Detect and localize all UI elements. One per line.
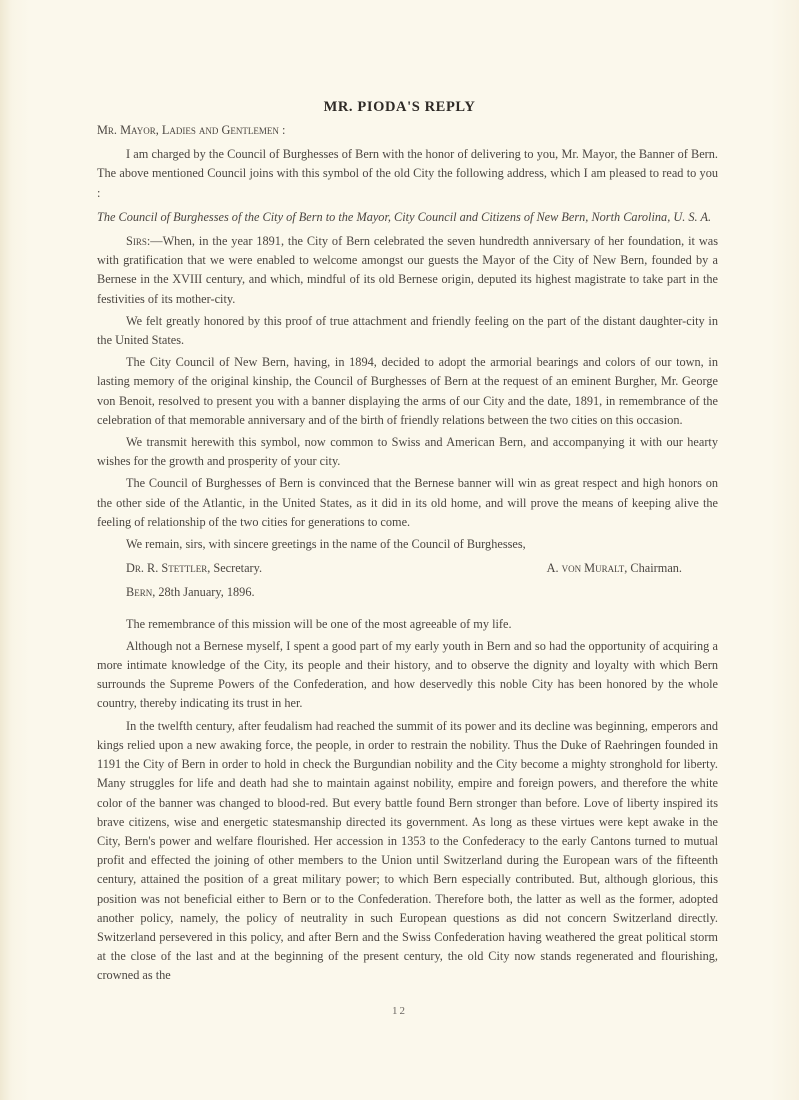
letter-closing: We remain, sirs, with sincere greetings … xyxy=(97,535,718,554)
letter-dateline: Bern, 28th January, 1896. xyxy=(97,583,718,602)
letter-paragraph: We transmit herewith this symbol, now co… xyxy=(97,433,718,471)
speech-paragraph: Although not a Bernese myself, I spent a… xyxy=(97,637,718,714)
place: Bern xyxy=(126,585,152,599)
page-title: MR. PIODA'S REPLY xyxy=(0,99,799,116)
signatures: Dr. R. Stettler, Secretary. A. von Mural… xyxy=(97,559,718,578)
page-number: 12 xyxy=(0,1005,799,1017)
secretary-name: Dr. R. Stettler xyxy=(126,561,207,575)
body-column: Mr. Mayor, Ladies and Gentlemen : I am c… xyxy=(97,121,718,986)
letter-paragraph: The Council of Burghesses of Bern is con… xyxy=(97,474,718,532)
speech-paragraph: The remembrance of this mission will be … xyxy=(97,615,718,634)
letter-paragraph: We felt greatly honored by this proof of… xyxy=(97,312,718,350)
letter-paragraph-text: :—When, in the year 1891, the City of Be… xyxy=(97,234,718,306)
address-heading: The Council of Burghesses of the City of… xyxy=(97,208,718,227)
sirs-label: Sirs xyxy=(126,234,147,248)
chairman-signature: A. von Muralt, Chairman. xyxy=(547,559,682,578)
chairman-name: A. von Muralt xyxy=(547,561,625,575)
chairman-role: , Chairman. xyxy=(624,561,682,575)
salutation: Mr. Mayor, Ladies and Gentlemen : xyxy=(97,121,718,140)
document-page: MR. PIODA'S REPLY Mr. Mayor, Ladies and … xyxy=(0,0,799,1100)
intro-paragraph: I am charged by the Council of Burghesse… xyxy=(97,145,718,203)
date: , 28th January, 1896. xyxy=(152,585,254,599)
letter-paragraph: Sirs:—When, in the year 1891, the City o… xyxy=(97,232,718,309)
secretary-role: , Secretary. xyxy=(207,561,262,575)
speech-paragraph: In the twelfth century, after feudalism … xyxy=(97,717,718,986)
letter-paragraph: The City Council of New Bern, having, in… xyxy=(97,353,718,430)
secretary-signature: Dr. R. Stettler, Secretary. xyxy=(126,559,262,578)
